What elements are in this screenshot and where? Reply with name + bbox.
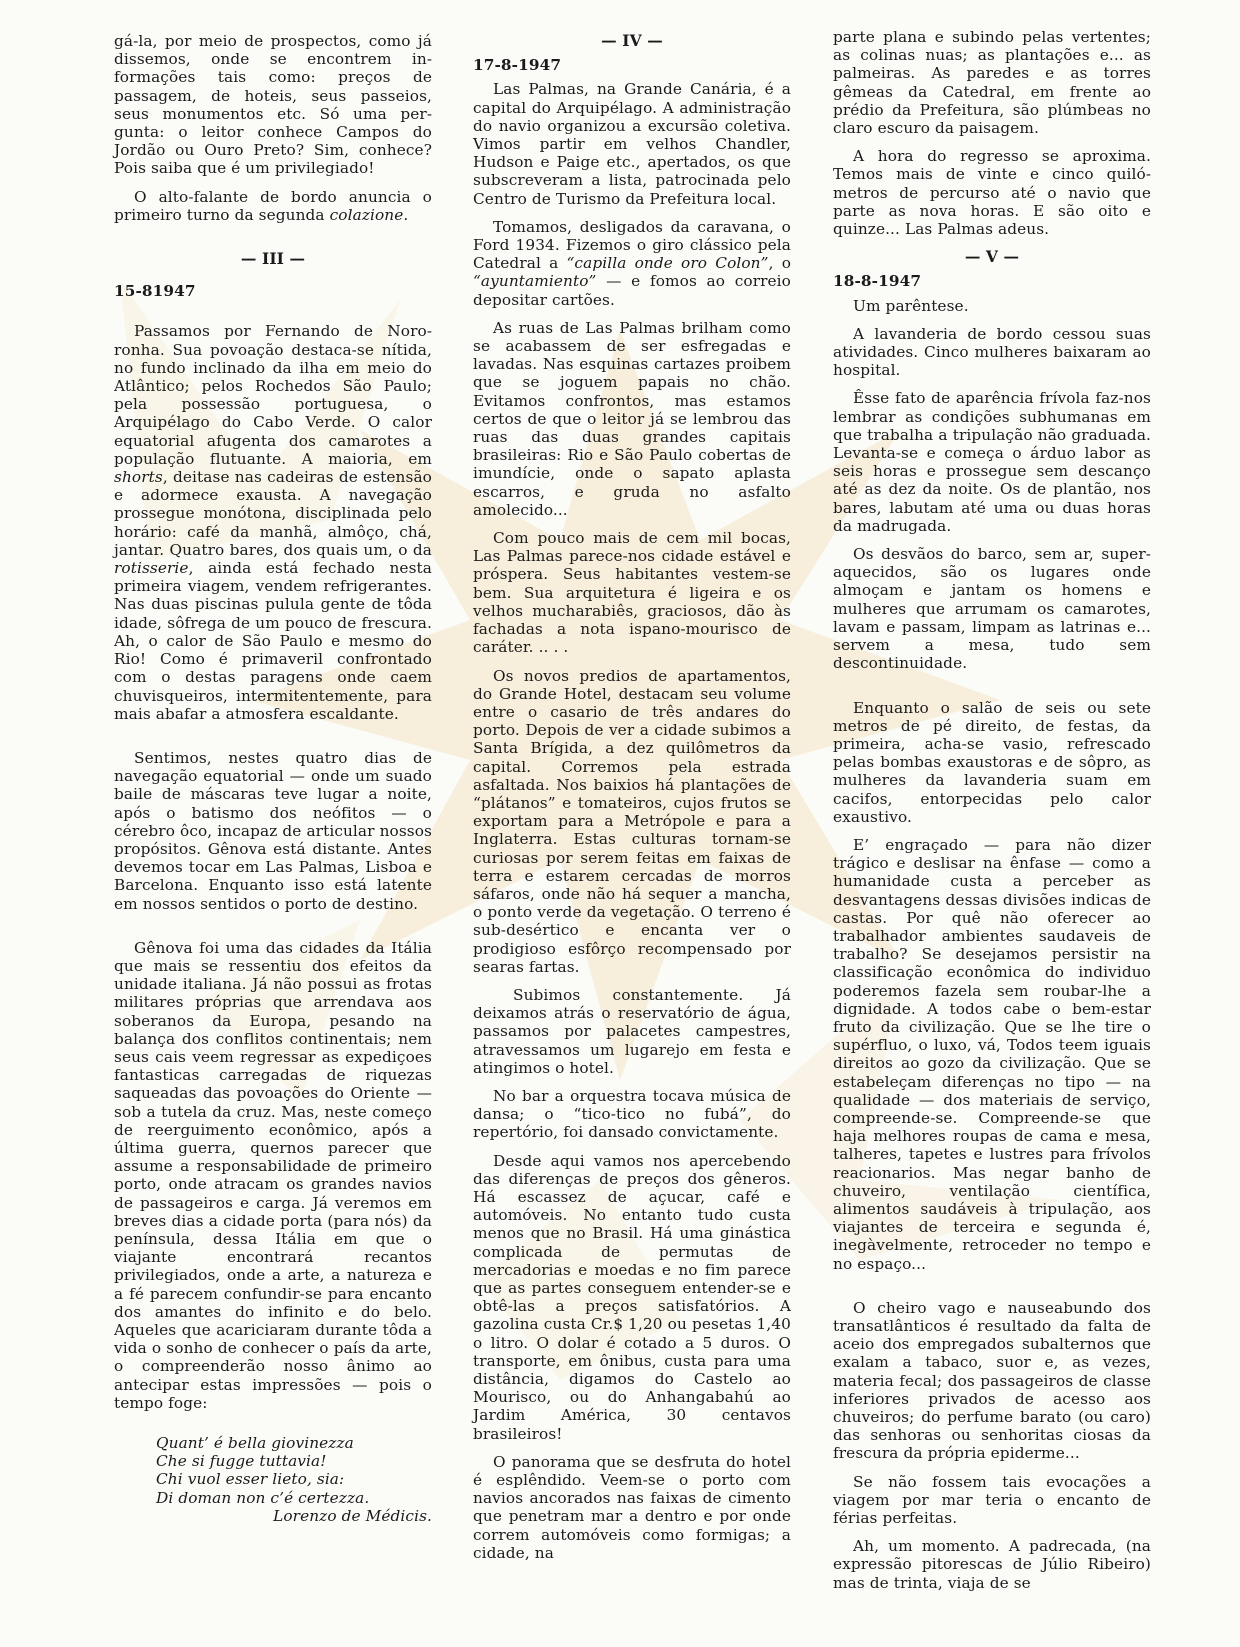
paragraph-desde-aqui: Desde aqui vamos nos aperce­bendo das di… xyxy=(473,1152,791,1443)
paragraph-cheiro: O cheiro vago e nauseabundo dos transatl… xyxy=(833,1299,1151,1463)
paragraph-sentimos: Sentimos, nestes quatro dias de navegaçã… xyxy=(114,749,432,913)
paragraph-las-palmas: Las Palmas, na Grande Canária, é a capit… xyxy=(473,80,791,207)
paragraph-hora-regresso: A hora do regresso se aproxima. Temos ma… xyxy=(833,147,1151,238)
poem-line: Di doman non c’é certezza. xyxy=(156,1489,432,1507)
paragraph-enquanto: Enquanto o salão de seis ou sete metros … xyxy=(833,699,1151,826)
section-date-iv: 17-8-1947 xyxy=(473,56,791,74)
italic-word: cola­zione xyxy=(330,206,404,224)
poem-line: Chi vuol esser lieto, sia: xyxy=(156,1470,432,1488)
poem-attribution: Lorenzo de Médicis. xyxy=(156,1507,432,1525)
paragraph-genova: Gênova foi uma das cidades da Itália que… xyxy=(114,939,432,1412)
paragraph-panorama: O panorama que se desfruta do hotel é es… xyxy=(473,1453,791,1562)
paragraph-novos-predios: Os novos predios de apartamen­tos, do Gr… xyxy=(473,667,791,976)
paragraph-intro: gá-la, por meio de prospectos, como já d… xyxy=(114,32,432,178)
paragraph-alto-falante: O alto-falante de bordo anuncia o primei… xyxy=(114,188,432,224)
paragraph-subimos: Subimos constantemente. Já deixamos atrá… xyxy=(473,986,791,1077)
column-1: gá-la, por meio de prospectos, como já d… xyxy=(114,32,432,1525)
paragraph-noronha: Passamos por Fernando de Noro­ronha. Sua… xyxy=(114,322,432,722)
poem-line: Quant’ é bella giovinezza xyxy=(156,1434,432,1452)
section-date-v: 18-8-1947 xyxy=(833,272,1151,290)
italic-phrase: “ayuntamiento” xyxy=(473,272,596,290)
text-span: , ainda está fe­chado nesta primeira via… xyxy=(114,559,432,723)
section-date-iii: 15-81947 xyxy=(114,282,432,300)
paragraph-lavanderia: A lavanderia de bordo cessou suas ativid… xyxy=(833,325,1151,380)
italic-word: shorts xyxy=(114,468,163,486)
italic-phrase: “capilla onde oro Colon” xyxy=(567,254,769,272)
paragraph-ruas: As ruas de Las Palmas brilham como se ac… xyxy=(473,319,791,519)
column-3: parte plana e subindo pelas ver­tentes; … xyxy=(833,28,1151,1602)
poem-line: Che si fugge tuttavia! xyxy=(156,1452,432,1470)
paragraph-parte-plana: parte plana e subindo pelas ver­tentes; … xyxy=(833,28,1151,137)
section-heading-iii: — III — xyxy=(114,250,432,268)
poem-quote: Quant’ é bella giovinezza Che si fugge t… xyxy=(156,1434,432,1525)
text-span: . xyxy=(403,206,408,224)
paragraph-com-pouco: Com pouco mais de cem mil bo­cas, Las Pa… xyxy=(473,529,791,656)
document-page: gá-la, por meio de prospectos, como já d… xyxy=(0,0,1240,1647)
text-span: , o xyxy=(769,254,791,272)
paragraph-desvaos: Os desvãos do barco, sem ar, super-aquec… xyxy=(833,545,1151,672)
column-2: — IV — 17-8-1947 Las Palmas, na Grande C… xyxy=(473,32,791,1572)
text-span: Passamos por Fernando de Noro­ronha. Sua… xyxy=(114,322,432,467)
section-heading-iv: — IV — xyxy=(473,32,791,50)
italic-word: rotisserie xyxy=(114,559,189,577)
paragraph-parentese: Um parêntese. xyxy=(833,297,1151,315)
paragraph-engracado: E’ engraçado — para não dizer trágico e … xyxy=(833,836,1151,1273)
paragraph-se-nao: Se não fossem tais evocações a viagem po… xyxy=(833,1473,1151,1528)
paragraph-no-bar: No bar a orquestra tocava músi­ca de dan… xyxy=(473,1087,791,1142)
paragraph-tomamos: Tomamos, desligados da carava­na, o Ford… xyxy=(473,218,791,309)
section-heading-v: — V — xyxy=(833,248,1151,266)
paragraph-ah-momento: Ah, um momento. A padrecada, (na express… xyxy=(833,1537,1151,1592)
paragraph-esse-fato: Êsse fato de aparência frívola faz-nos l… xyxy=(833,389,1151,535)
